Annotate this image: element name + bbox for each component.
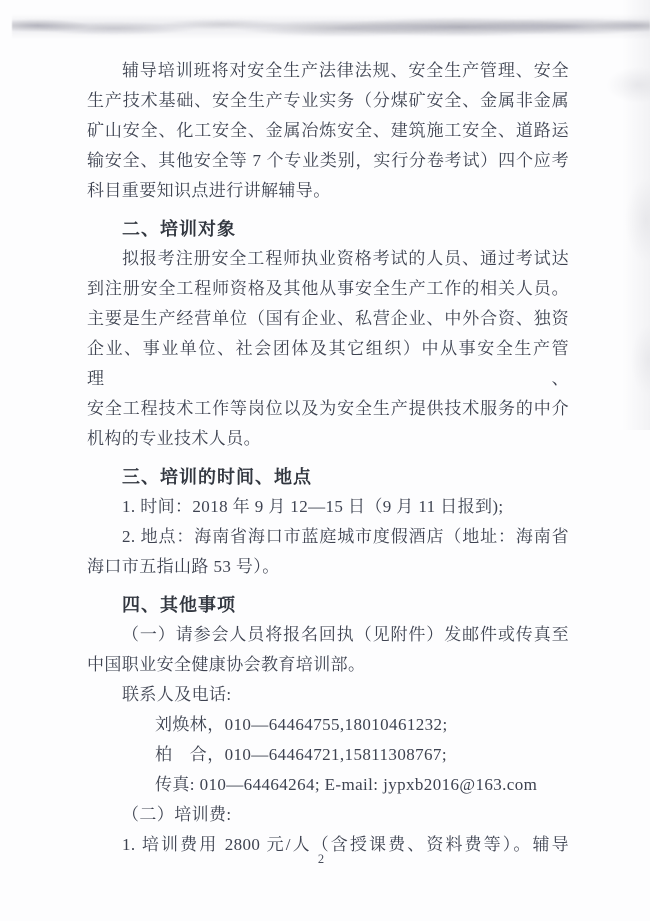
document-line: （二）培训费: — [87, 800, 569, 830]
document-line: 刘焕林，010—64464755,18010461232; — [87, 710, 569, 740]
document-line: 海口市五指山路 53 号）。 — [87, 552, 569, 582]
scanned-page: 辅导培训班将对安全生产法律法规、安全生产管理、安全生产技术基础、安全生产专业实务… — [0, 0, 650, 921]
scan-artifact-top — [12, 13, 650, 41]
document-line: 机构的专业技术人员。 — [87, 424, 569, 454]
document-line: 拟报考注册安全工程师执业资格考试的人员、通过考试达 — [87, 244, 569, 274]
document-line: 中国职业安全健康协会教育培训部。 — [87, 650, 569, 680]
document-line: 企业、事业单位、社会团体及其它组织）中从事安全生产管理、 — [87, 334, 569, 394]
document-line: 输安全、其他安全等 7 个专业类别，实行分卷考试）四个应考 — [87, 146, 569, 176]
document-line: 2. 地点：海南省海口市蓝庭城市度假酒店（地址：海南省 — [87, 522, 569, 552]
document-line: 联系人及电话: — [87, 680, 569, 710]
document-line: （一）请参会人员将报名回执（见附件）发邮件或传真至 — [87, 620, 569, 650]
section-heading: 四、其他事项 — [87, 590, 569, 620]
scan-artifact-right-edge — [570, 0, 650, 430]
page-number: 2 — [0, 852, 642, 867]
document-line: 辅导培训班将对安全生产法律法规、安全生产管理、安全 — [87, 56, 569, 86]
document-line: 生产技术基础、安全生产专业实务（分煤矿安全、金属非金属 — [87, 86, 569, 116]
document-line: 1. 时间：2018 年 9 月 12—15 日（9 月 11 日报到); — [87, 492, 569, 522]
document-line: 主要是生产经营单位（国有企业、私营企业、中外合资、独资 — [87, 304, 569, 334]
document-line: 到注册安全工程师资格及其他从事安全生产工作的相关人员。 — [87, 274, 569, 304]
document-line: 科目重要知识点进行讲解辅导。 — [87, 176, 569, 206]
document-body: 辅导培训班将对安全生产法律法规、安全生产管理、安全生产技术基础、安全生产专业实务… — [87, 56, 569, 860]
section-heading: 三、培训的时间、地点 — [87, 462, 569, 492]
document-line: 矿山安全、化工安全、金属冶炼安全、建筑施工安全、道路运 — [87, 116, 569, 146]
document-line: 柏 合，010—64464721,15811308767; — [87, 740, 569, 770]
document-line: 安全工程技术工作等岗位以及为安全生产提供技术服务的中介 — [87, 394, 569, 424]
section-heading: 二、培训对象 — [87, 214, 569, 244]
document-line: 传真: 010—64464264; E-mail: jypxb2016@163.… — [87, 770, 569, 800]
